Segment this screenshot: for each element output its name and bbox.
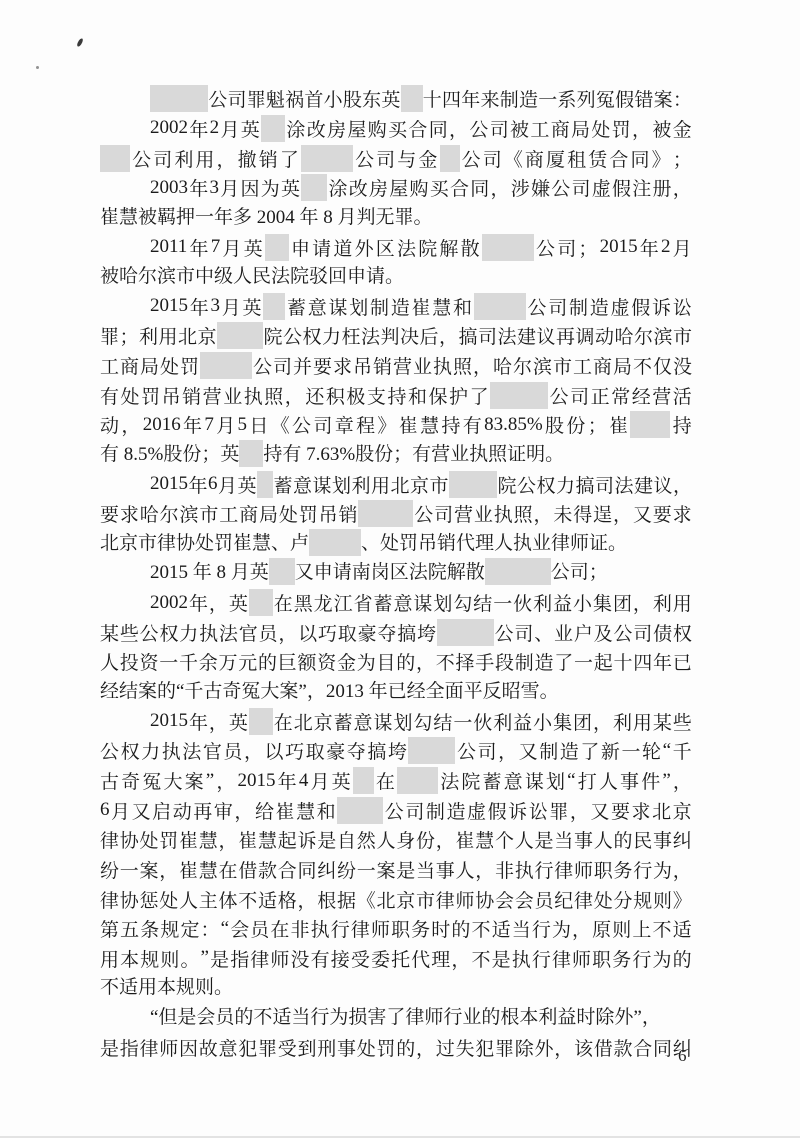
text-segment: 《 <box>271 411 290 438</box>
text-segment: 执 <box>512 945 531 972</box>
text-line: 经结案的“千古奇冤大案”，2013 年已经全面平反昭雪。 <box>100 677 692 707</box>
text-segment: 因 <box>179 1034 198 1061</box>
text-segment: 则 <box>160 945 179 972</box>
text-segment: 司 <box>153 145 172 172</box>
text-segment: 公 <box>414 500 433 527</box>
text-segment: 慧 <box>296 797 315 824</box>
text-segment: 会 <box>230 915 249 942</box>
redaction-box <box>485 558 551 585</box>
text-segment: 市 <box>199 500 218 527</box>
text-segment: 2002 <box>150 592 188 614</box>
text-segment: 务 <box>612 945 631 972</box>
redaction-box <box>217 322 263 349</box>
text-segment: 未 <box>553 500 572 527</box>
text-segment: 执 <box>515 856 534 883</box>
text-segment: 司 <box>478 737 497 764</box>
text-segment: 制 <box>500 85 519 112</box>
text-segment: 人 <box>456 856 475 883</box>
text-line: 6月又启动再审，给崔慧和公司制造虚假诉讼罪，又要求北京 <box>100 795 692 825</box>
text-segment: 要 <box>611 797 630 824</box>
text-segment: 以 <box>265 737 284 764</box>
text-segment: 在 <box>219 856 238 883</box>
text-segment: 业 <box>554 619 573 646</box>
text-segment: 祸 <box>285 85 304 112</box>
text-segment: 权 <box>673 619 692 646</box>
text-segment: ， <box>632 115 651 142</box>
text-segment: 又申请南岗区法院解散 <box>295 562 485 583</box>
text-segment: ： <box>673 85 692 112</box>
text-segment: 被 <box>510 115 529 142</box>
text-segment: 股 <box>545 411 564 438</box>
text-segment: 及 <box>594 619 613 646</box>
text-line: 公司罪魁祸首小股东英十四年来制造一系列冤假错案： <box>100 84 692 114</box>
text-segment: 是 <box>317 826 336 853</box>
text-segment: 院 <box>263 322 282 349</box>
text-segment: ， <box>673 856 692 883</box>
text-segment: 要 <box>653 500 672 527</box>
text-segment: 法 <box>614 471 633 498</box>
text-segment: 和 <box>317 797 336 824</box>
text-segment: 局 <box>613 352 632 379</box>
text-segment: 造 <box>535 648 554 675</box>
text-segment: 2003 <box>150 177 188 199</box>
text-segment: 法 <box>440 767 459 794</box>
text-segment: 人 <box>377 826 396 853</box>
text-segment: 纷 <box>100 856 119 883</box>
text-segment: 为 <box>552 915 571 942</box>
text-segment: 北京市律协处罚崔慧、卢 <box>100 533 309 554</box>
text-segment: 有 <box>311 945 330 972</box>
text-segment: 利 <box>653 589 672 616</box>
text-segment: 垮 <box>388 737 407 764</box>
text-segment: 款 <box>614 1034 633 1061</box>
text-segment: 豪 <box>326 737 345 764</box>
text-segment: 假 <box>488 797 507 824</box>
text-segment: ， <box>572 915 591 942</box>
text-segment: 力 <box>141 737 160 764</box>
text-segment: ， <box>159 856 178 883</box>
text-segment: ， <box>285 382 304 409</box>
text-segment: 员 <box>535 886 554 913</box>
text-segment: 小 <box>324 85 343 112</box>
text-segment: 崔 <box>411 293 430 320</box>
text-segment: 纠 <box>673 826 692 853</box>
text-segment: 建 <box>634 471 653 498</box>
text-segment: 蓄 <box>483 767 502 794</box>
text-segment: 巧 <box>285 737 304 764</box>
text-line: “但是会员的不适当行为损害了律师行业的根本利益时除外”， <box>100 1003 692 1033</box>
redaction-box <box>150 85 208 112</box>
text-line: 公权力执法官员，以巧取豪夺搞垮公司，又制造了新一轮“千 <box>100 736 692 766</box>
text-segment: 伙 <box>473 708 492 735</box>
text-segment: 常 <box>611 382 630 409</box>
text-segment: 仅 <box>653 352 672 379</box>
text-segment: 职 <box>391 915 410 942</box>
text-segment: 院 <box>497 471 516 498</box>
text-segment: 涉 <box>511 174 530 201</box>
text-segment: ， <box>490 174 509 201</box>
text-segment: 月 <box>218 471 237 498</box>
text-segment: 力 <box>556 471 575 498</box>
text-segment: 体 <box>219 886 238 913</box>
text-segment: 销 <box>259 145 278 172</box>
text-segment: 持 <box>673 411 692 438</box>
text-segment: 当 <box>416 856 435 883</box>
text-segment: 司 <box>405 797 424 824</box>
text-segment: 局 <box>571 115 590 142</box>
text-segment: 6 <box>100 799 110 821</box>
text-segment: 公 <box>292 411 311 438</box>
text-line: 是指律师因故意犯罪受到刑事处罚的，过失犯罪除外，该借款合同纠 <box>100 1033 692 1063</box>
text-line: 要求哈尔滨市工商局处罚吊销公司营业执照，未得逞，又要求 <box>100 499 692 529</box>
text-segment: 到 <box>298 1034 317 1061</box>
text-segment: 3 <box>209 177 219 199</box>
text-segment: 份 <box>416 826 435 853</box>
text-segment: 月 <box>222 234 241 261</box>
text-segment: 购 <box>368 115 387 142</box>
text-segment: 十 <box>614 648 633 675</box>
text-segment: 起 <box>594 648 613 675</box>
text-segment: 人 <box>599 767 618 794</box>
text-segment: ， <box>554 1034 573 1061</box>
text-segment: 还 <box>305 382 324 409</box>
text-segment: ” <box>201 947 209 969</box>
redaction-box <box>309 529 361 556</box>
text-segment: 江 <box>334 589 353 616</box>
text-segment: 启 <box>152 797 171 824</box>
text-segment: 上 <box>632 915 651 942</box>
text-segment: 解 <box>439 234 458 261</box>
text-segment: 屋 <box>389 174 408 201</box>
text-segment: 司 <box>376 145 395 172</box>
text-segment: 月 <box>111 797 130 824</box>
text-segment: 犯 <box>238 1034 257 1061</box>
text-segment: ， <box>216 767 235 794</box>
text-segment: ， <box>593 708 612 735</box>
text-segment: 同 <box>470 174 489 201</box>
text-segment: 议 <box>653 471 672 498</box>
text-segment: 英 <box>242 293 261 320</box>
text-segment: 2015 <box>600 236 638 258</box>
text-segment: 2015 <box>150 473 188 495</box>
text-segment: 北 <box>652 797 671 824</box>
text-segment: 团 <box>573 708 592 735</box>
text-segment: 用 <box>195 145 214 172</box>
text-segment: 市 <box>429 471 448 498</box>
text-segment: 手 <box>475 648 494 675</box>
text-segment: 并 <box>293 352 312 379</box>
text-segment: 再 <box>193 797 212 824</box>
text-segment: 了 <box>280 145 299 172</box>
text-segment: 夺 <box>377 619 396 646</box>
text-segment: 年 <box>640 234 659 261</box>
text-segment: “ <box>663 740 671 762</box>
text-segment: 不 <box>633 352 652 379</box>
text-segment: 执 <box>244 382 263 409</box>
text-segment: 行 <box>532 915 551 942</box>
text-segment: 合 <box>609 145 628 172</box>
text-segment: 慧 <box>258 826 277 853</box>
text-segment: 夺 <box>347 737 366 764</box>
text-segment: 法 <box>397 234 416 261</box>
text-segment: 指 <box>230 945 249 972</box>
text-segment: 行 <box>532 945 551 972</box>
text-line: 罪；利用北京院公权力枉法判决后，搞司法建议再调动哈尔滨市 <box>100 321 692 351</box>
text-segment: 用 <box>159 322 178 349</box>
text-segment: 又 <box>519 737 538 764</box>
text-segment: 得 <box>573 500 592 527</box>
text-segment: 权 <box>121 737 140 764</box>
text-segment: 是 <box>396 856 415 883</box>
text-segment: 改 <box>307 115 326 142</box>
text-segment: 业 <box>223 382 242 409</box>
text-segment: ， <box>613 500 632 527</box>
text-segment: 利 <box>613 708 632 735</box>
text-segment: 处 <box>121 382 140 409</box>
text-segment: 利 <box>533 589 552 616</box>
text-segment: 律 <box>574 886 593 913</box>
text-segment: 北 <box>294 708 313 735</box>
text-segment: 英 <box>229 589 248 616</box>
text-segment: 适 <box>673 915 692 942</box>
text-segment: ， <box>533 500 552 527</box>
text-segment: ； <box>578 234 597 261</box>
text-segment: ” <box>662 770 670 792</box>
text-segment: 买 <box>430 174 449 201</box>
text-segment: 行 <box>633 856 652 883</box>
document-text: 公司罪魁祸首小股东英十四年来制造一系列冤假错案：2002年2月英涂改房屋购买合同… <box>100 84 692 1062</box>
text-segment: 、处罚吊销代理人执业律师证。 <box>361 533 627 554</box>
redaction-box <box>337 797 383 824</box>
text-segment: 慧 <box>199 856 218 883</box>
text-segment: 一 <box>120 856 139 883</box>
text-segment: 人 <box>515 826 534 853</box>
text-segment: 权 <box>536 471 555 498</box>
text-segment: 目 <box>377 648 396 675</box>
text-segment: 北 <box>178 322 197 349</box>
text-segment: 赁 <box>588 145 607 172</box>
text-segment: 错 <box>634 85 653 112</box>
text-segment: 司 <box>313 411 332 438</box>
text-segment: 公 <box>536 234 555 261</box>
text-segment: 》 <box>652 145 671 172</box>
text-segment: 接 <box>331 945 350 972</box>
text-segment: 件 <box>641 767 660 794</box>
text-segment: 罚 <box>180 352 199 379</box>
redaction-box <box>449 471 497 498</box>
text-segment: 务 <box>614 856 633 883</box>
text-segment: 职 <box>594 856 613 883</box>
text-segment: 院 <box>418 234 437 261</box>
text-segment: 吊 <box>319 500 338 527</box>
text-segment: 4 <box>299 770 309 792</box>
text-segment: 师 <box>574 856 593 883</box>
text-segment: 师 <box>270 945 289 972</box>
text-segment: 用 <box>673 589 692 616</box>
text-segment: 5 <box>238 414 248 436</box>
text-segment: 谋 <box>413 589 432 616</box>
text-segment: 哈 <box>493 352 512 379</box>
text-segment: 处 <box>357 1034 376 1061</box>
redaction-box <box>440 145 460 172</box>
redaction-box <box>200 352 252 379</box>
text-segment: 哈 <box>140 500 159 527</box>
text-segment: 小 <box>573 589 592 616</box>
text-segment: 蓄 <box>287 293 306 320</box>
text-segment: 协 <box>475 886 494 913</box>
text-segment: 犯 <box>475 1034 494 1061</box>
text-segment: 罪 <box>258 1034 277 1061</box>
text-segment: 北 <box>390 471 409 498</box>
redaction-box <box>482 234 534 261</box>
text-segment: 案 <box>654 85 673 112</box>
text-segment: 营 <box>454 500 473 527</box>
text-segment: 执 <box>162 737 181 764</box>
text-segment: 》 <box>377 411 396 438</box>
text-segment: 虚 <box>610 293 629 320</box>
text-segment: ， <box>209 708 228 735</box>
text-segment: 合 <box>408 115 427 142</box>
text-segment: 事 <box>436 856 455 883</box>
text-line: 有处罚吊销营业执照，还积极支持和保护了公司正常经营活 <box>100 380 692 410</box>
text-segment: 年 <box>183 411 202 438</box>
text-segment: 区 <box>376 234 395 261</box>
text-segment: 造 <box>446 797 465 824</box>
text-segment: 章 <box>335 411 354 438</box>
text-segment: 罪 <box>247 85 266 112</box>
text-line: 第五条规定：“会员在非执行律师职务时的不适当行为，原则上不适 <box>100 914 692 944</box>
text-segment: 执 <box>199 619 218 646</box>
text-segment: 虚 <box>467 797 486 824</box>
text-segment: 失 <box>456 1034 475 1061</box>
redaction-box <box>408 737 455 764</box>
text-segment: 在 <box>376 767 395 794</box>
text-segment: 司 <box>557 234 576 261</box>
text-segment: 崔 <box>238 826 257 853</box>
text-segment: ， <box>449 115 468 142</box>
text-segment: 后 <box>419 322 438 349</box>
text-segment: 执 <box>311 915 330 942</box>
text-segment: 7 <box>204 414 214 436</box>
text-segment: 。 <box>180 945 199 972</box>
text-segment: 金 <box>673 115 692 142</box>
text-segment: 意 <box>219 1034 238 1061</box>
text-segment: 一 <box>538 85 557 112</box>
text-segment: 黑 <box>294 589 313 616</box>
text-segment: 司 <box>548 293 567 320</box>
text-segment: 英 <box>332 767 351 794</box>
text-segment: 慧 <box>420 411 439 438</box>
text-segment: 崔 <box>609 411 628 438</box>
text-segment: 会 <box>495 886 514 913</box>
text-segment: 借 <box>594 1034 613 1061</box>
text-segment: 英 <box>237 471 256 498</box>
text-segment: 滨 <box>180 500 199 527</box>
text-segment: 罪 <box>100 322 119 349</box>
text-segment: 不 <box>436 648 455 675</box>
text-segment: 正 <box>591 382 610 409</box>
text-segment: 讼 <box>529 797 548 824</box>
text-segment: 营 <box>393 352 412 379</box>
text-segment: 小 <box>533 708 552 735</box>
text-segment: ， <box>278 619 297 646</box>
text-segment: 当 <box>512 915 531 942</box>
text-segment: 调 <box>575 322 594 349</box>
text-segment: 公 <box>140 619 159 646</box>
text-segment: 有 <box>100 382 119 409</box>
text-segment: 2015 <box>238 770 276 792</box>
text-segment: 主 <box>199 886 218 913</box>
text-segment: 年 <box>653 648 672 675</box>
text-segment: 诉 <box>298 826 317 853</box>
text-segment: 3 <box>210 295 220 317</box>
text-line: 崔慧被羁押一年多 2004 年 8 月判无罪。 <box>100 203 692 233</box>
text-segment: 照 <box>264 382 283 409</box>
text-segment: 来 <box>480 85 499 112</box>
text-segment: 滨 <box>533 352 552 379</box>
text-segment: 处 <box>160 352 179 379</box>
text-segment: 和 <box>453 293 472 320</box>
text-segment: 2011 <box>150 236 187 258</box>
text-line: 纷一案，崔慧在借款合同纠纷一案是当事人，非执行律师职务行为， <box>100 855 692 885</box>
text-segment: 议 <box>536 322 555 349</box>
text-segment: 人 <box>179 886 198 913</box>
text-segment: 了 <box>470 382 489 409</box>
text-segment: 持 <box>441 411 460 438</box>
text-segment: 不适用本规则。 <box>100 977 233 998</box>
redaction-box <box>401 85 423 112</box>
text-segment: 崔慧被羁押一年多 2004 年 8 月判无罪。 <box>100 207 433 228</box>
text-segment: 活 <box>673 382 692 409</box>
text-segment: 利 <box>493 708 512 735</box>
text-segment: 一 <box>621 737 640 764</box>
text-segment: 则 <box>653 886 672 913</box>
text-segment: 涂 <box>328 174 347 201</box>
text-line: 2015 年 8 月英又申请南岗区法院解散公司； <box>100 558 692 588</box>
text-segment: 余 <box>199 648 218 675</box>
text-segment: 申 <box>291 234 310 261</box>
text-segment: 利 <box>139 322 158 349</box>
text-segment: 同 <box>653 1034 672 1061</box>
text-segment: 同 <box>429 115 448 142</box>
text-segment: 执 <box>433 352 452 379</box>
text-segment: 司 <box>478 322 497 349</box>
text-segment: 罚 <box>159 826 178 853</box>
text-segment: 律 <box>554 856 573 883</box>
text-segment: 尔 <box>513 352 532 379</box>
text-segment: 官 <box>203 737 222 764</box>
text-segment: 为 <box>652 945 671 972</box>
text-segment: 、 <box>534 619 553 646</box>
text-segment: 条 <box>140 915 159 942</box>
text-segment: 月 <box>222 293 241 320</box>
redaction-box <box>353 767 374 794</box>
text-segment: ： <box>201 915 220 942</box>
text-segment: 规 <box>633 886 652 913</box>
text-segment: 京 <box>198 322 217 349</box>
text-line: 2015年，英在北京蓄意谋划勾结一伙利益小集团，利用某些 <box>100 706 692 736</box>
text-segment: ， <box>475 856 494 883</box>
text-segment: 公 <box>253 352 272 379</box>
redaction-box <box>474 293 526 320</box>
text-segment: 法 <box>497 322 516 349</box>
text-segment: 制 <box>569 293 588 320</box>
text-segment: 过 <box>436 1034 455 1061</box>
text-segment: 司 <box>514 619 533 646</box>
text-segment: 2 <box>210 117 220 139</box>
text-segment: 撤 <box>238 145 257 172</box>
text-segment: 日 <box>249 411 268 438</box>
